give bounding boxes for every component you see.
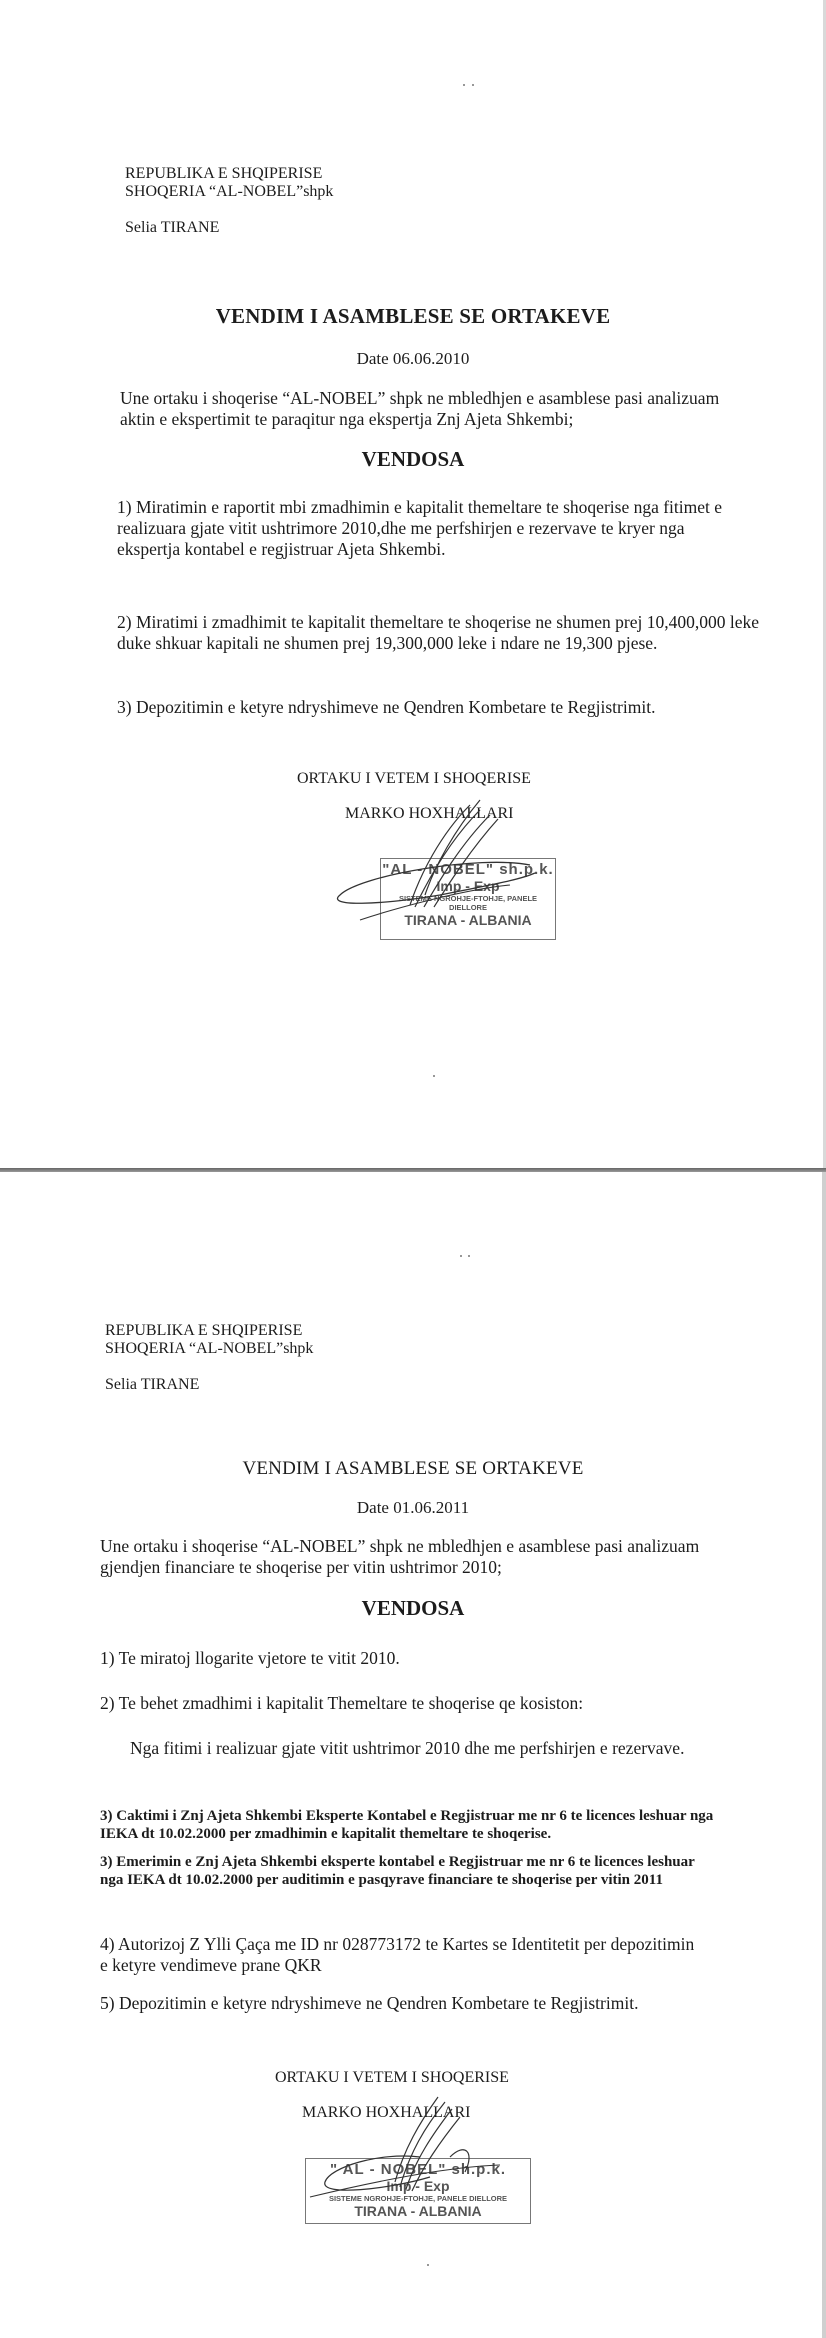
- decision-item-4: 4) Autorizoj Z Ylli Çaça me ID nr 028773…: [100, 1934, 700, 1976]
- signatory-role: ORTAKU I VETEM I SHOQERISE: [297, 770, 531, 788]
- document-title: VENDIM I ASAMBLESE SE ORTAKEVE: [0, 1458, 826, 1480]
- intro-paragraph: Une ortaku i shoqerise “AL-NOBEL” shpk n…: [120, 388, 740, 430]
- decision-heading: VENDOSA: [0, 447, 826, 472]
- document-title: VENDIM I ASAMBLESE SE ORTAKEVE: [0, 304, 826, 329]
- scan-speck: [460, 1255, 462, 1257]
- decision-item-5: 5) Depozitimin e ketyre ndryshimeve ne Q…: [100, 1993, 740, 2014]
- header-country: REPUBLIKA E SHQIPERISE: [105, 1322, 302, 1340]
- handwritten-signature: [320, 795, 580, 935]
- document-page-1: REPUBLIKA E SHQIPERISE SHOQERIA “AL-NOBE…: [0, 0, 826, 1168]
- document-page-2: REPUBLIKA E SHQIPERISE SHOQERIA “AL-NOBE…: [0, 1172, 826, 2338]
- signatory-role: ORTAKU I VETEM I SHOQERISE: [275, 2069, 509, 2087]
- document-date: Date 06.06.2010: [0, 349, 826, 369]
- document-date: Date 01.06.2011: [0, 1498, 826, 1518]
- decision-item-2-detail: Nga fitimi i realizuar gjate vitit ushtr…: [100, 1738, 700, 1759]
- decision-item-1: 1) Miratimin e raportit mbi zmadhimin e …: [117, 497, 727, 560]
- decision-item-1: 1) Te miratoj llogarite vjetore te vitit…: [100, 1648, 730, 1669]
- header-seat: Selia TIRANE: [105, 1376, 199, 1394]
- header-country: REPUBLIKA E SHQIPERISE: [125, 165, 322, 183]
- scan-speck: [472, 84, 474, 86]
- decision-heading: VENDOSA: [0, 1596, 826, 1621]
- scan-speck: [463, 84, 465, 86]
- decision-item-2: 2) Te behet zmadhimi i kapitalit Themelt…: [100, 1693, 730, 1714]
- scan-speck: [427, 2264, 429, 2266]
- handwritten-signature: [300, 2097, 540, 2207]
- decision-item-2: 2) Miratimi i zmadhimit te kapitalit the…: [117, 612, 767, 654]
- header-company: SHOQERIA “AL-NOBEL”shpk: [125, 183, 333, 201]
- scan-speck: [433, 1075, 435, 1077]
- header-company: SHOQERIA “AL-NOBEL”shpk: [105, 1340, 313, 1358]
- decision-item-3b: 3) Emerimin e Znj Ajeta Shkembi eksperte…: [100, 1853, 720, 1889]
- scan-speck: [468, 1255, 470, 1257]
- intro-paragraph: Une ortaku i shoqerise “AL-NOBEL” shpk n…: [100, 1536, 730, 1578]
- header-seat: Selia TIRANE: [125, 219, 219, 237]
- decision-item-3: 3) Depozitimin e ketyre ndryshimeve ne Q…: [117, 697, 797, 718]
- decision-item-3a: 3) Caktimi i Znj Ajeta Shkembi Eksperte …: [100, 1807, 740, 1843]
